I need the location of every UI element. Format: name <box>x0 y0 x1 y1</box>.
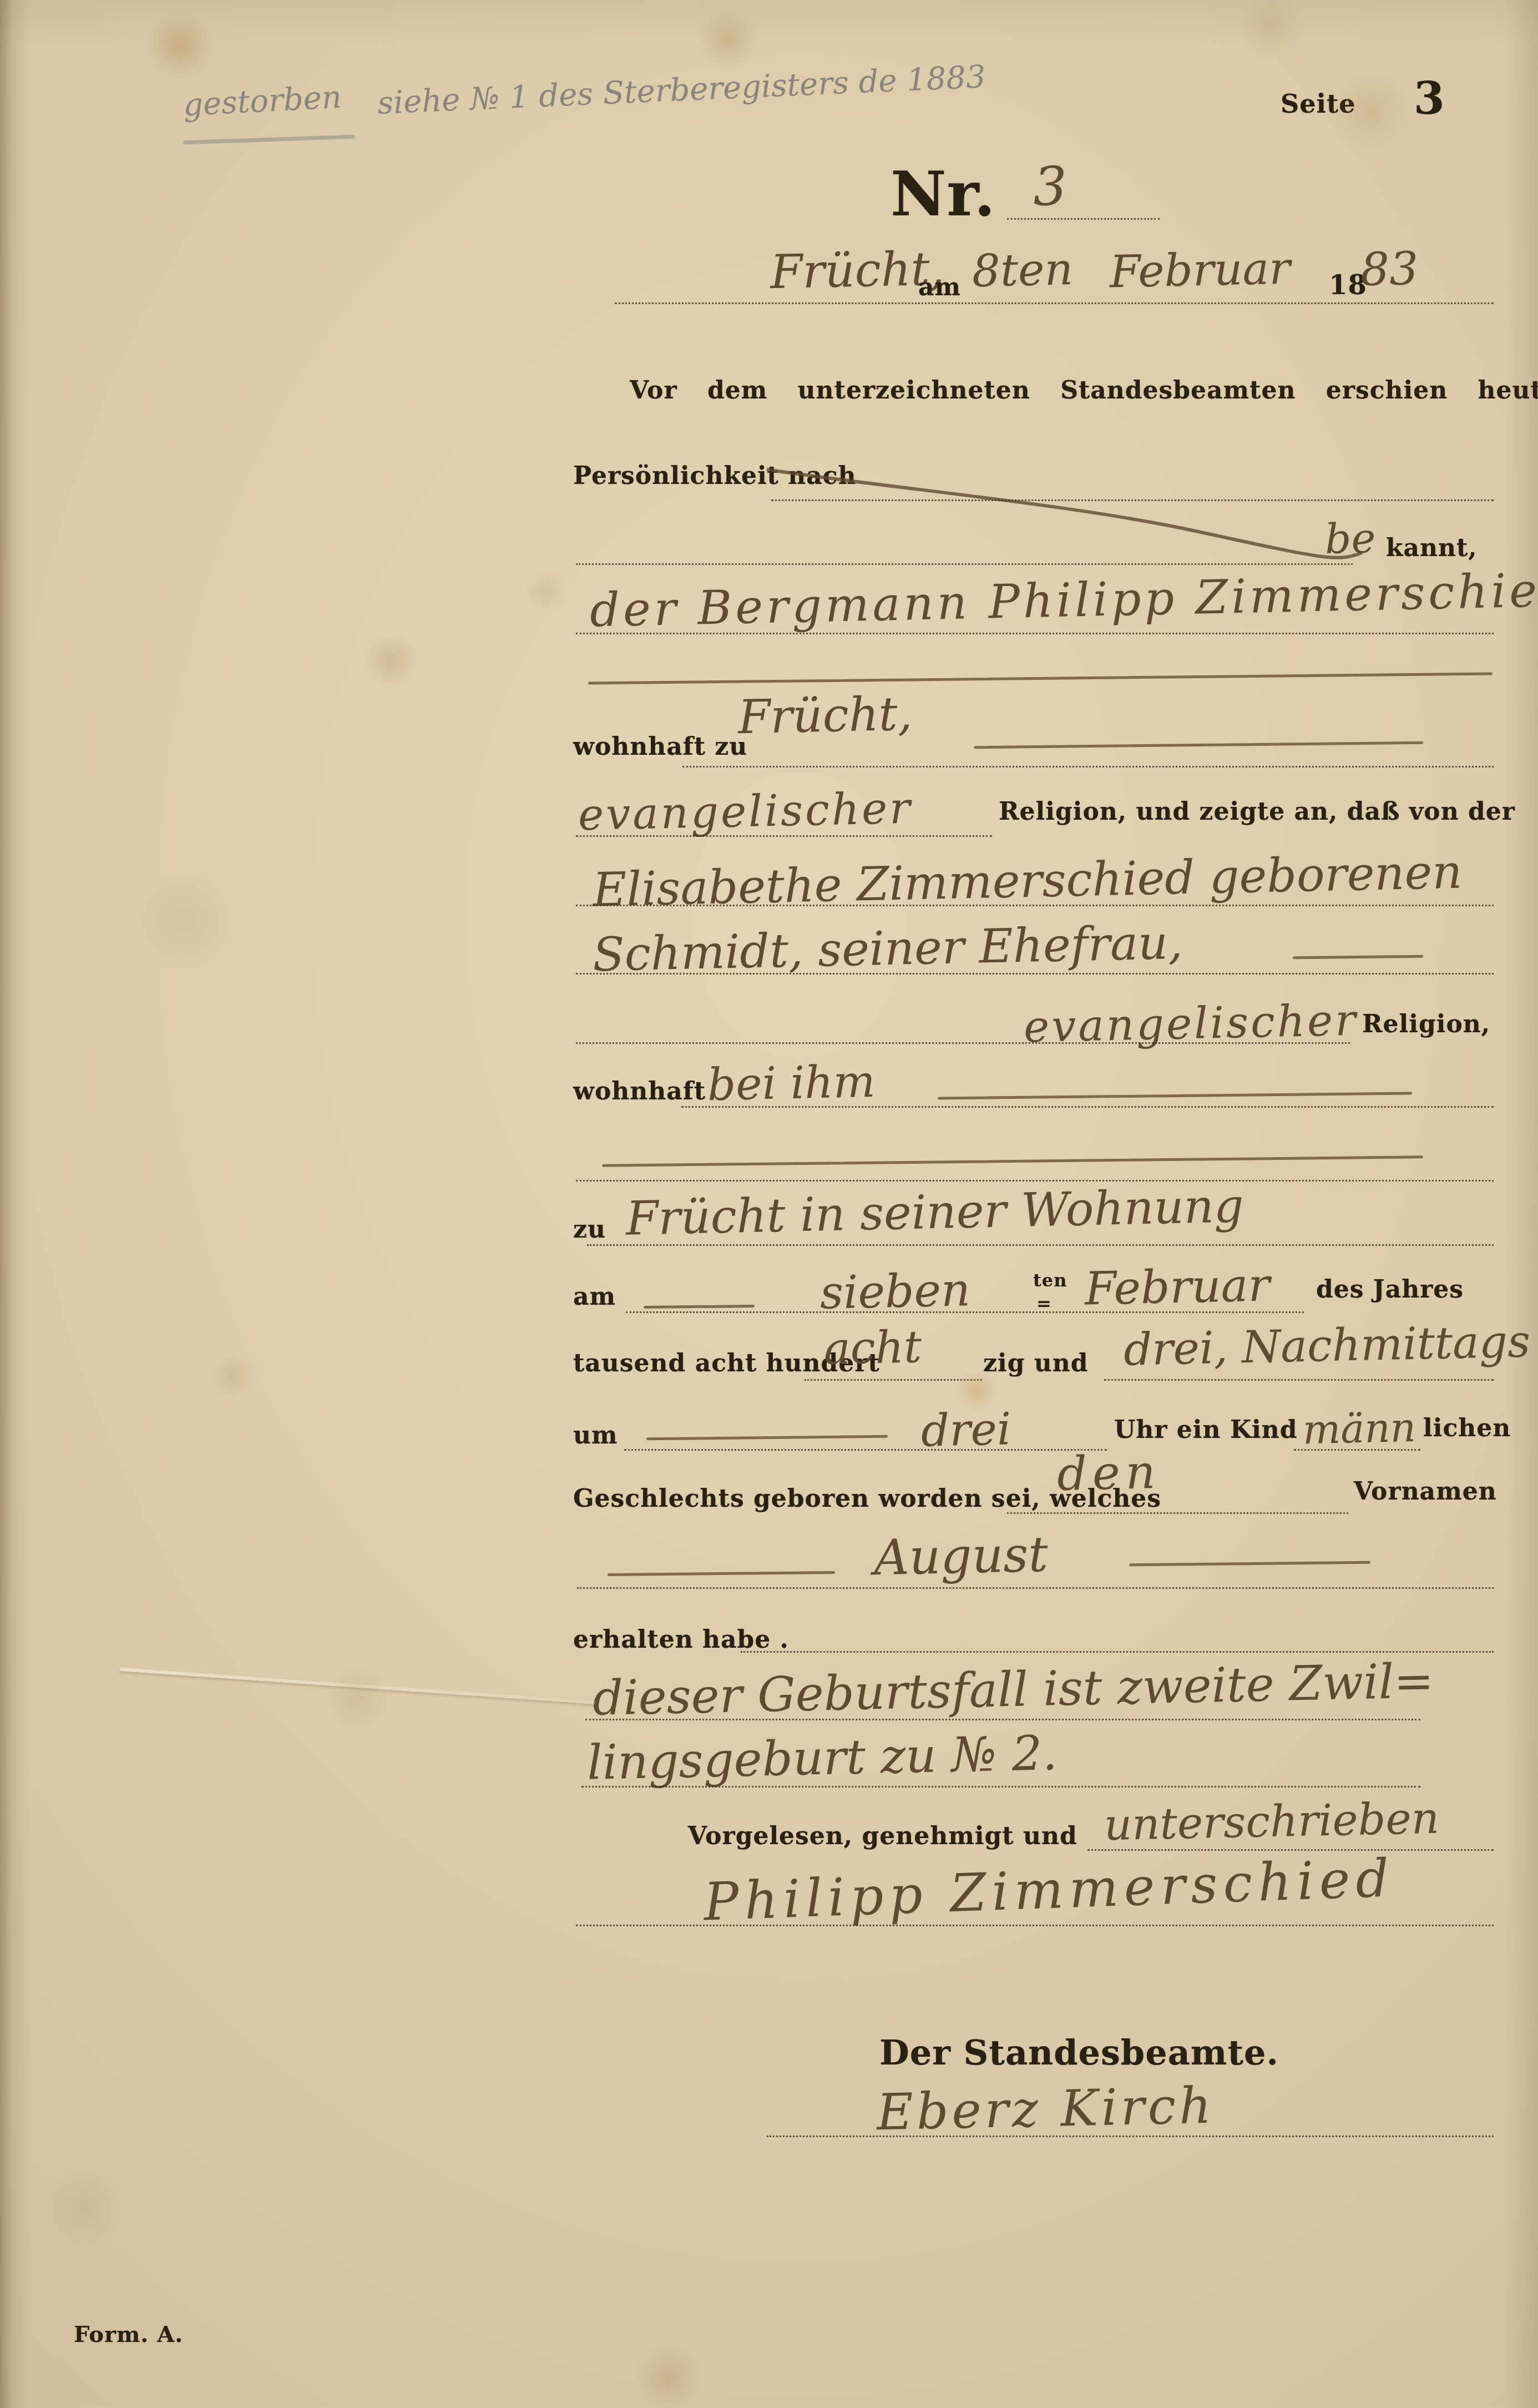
hand-be: be <box>1324 514 1376 563</box>
mother-maiden-entry: Schmidt, seiner Ehefrau, <box>592 915 1183 982</box>
year-decade-entry: acht <box>823 1321 922 1375</box>
dotted-rule <box>576 1042 1350 1044</box>
gender-entry: männ <box>1302 1404 1416 1453</box>
dotted-rule <box>626 1311 1304 1313</box>
record-no-label: Nr. <box>891 158 996 230</box>
dotted-rule <box>681 1106 1494 1108</box>
printed-erhalten-habe: erhalten habe . <box>573 1625 789 1654</box>
dotted-rule <box>741 1651 1494 1653</box>
unterschrieben-entry: unterschrieben <box>1104 1794 1440 1851</box>
dotted-rule <box>615 302 1494 304</box>
ink-stroke <box>1293 955 1423 959</box>
ink-stroke <box>608 1571 835 1576</box>
ink-stroke <box>644 1305 755 1309</box>
ink-stroke <box>974 741 1423 749</box>
birth-month-entry: Februar <box>1084 1259 1270 1316</box>
declarant-entry: der Bergmann Philipp Zimmerschied <box>589 562 1538 637</box>
dateline-day: 8ten <box>972 243 1074 297</box>
ink-stroke <box>602 1155 1423 1167</box>
dotted-rule <box>1104 1379 1494 1381</box>
residence-entry: Frücht, <box>737 686 913 745</box>
year-unit-entry: drei, Nachmittags <box>1123 1315 1531 1375</box>
printed-wohnhaft: wohnhaft <box>573 1077 706 1105</box>
official-signature: Eberz Kirch <box>876 2077 1215 2142</box>
dotted-rule <box>576 973 1494 975</box>
printed-vornamen: Vornamen <box>1354 1477 1497 1506</box>
dotted-rule <box>576 1180 1494 1182</box>
dotted-rule <box>1087 1849 1494 1851</box>
ink-stroke <box>588 672 1493 684</box>
given-name-entry: August <box>873 1526 1049 1587</box>
printed-religion2: Religion, <box>1362 1010 1490 1038</box>
dotted-rule <box>576 1925 1494 1926</box>
printed-um: um <box>573 1421 618 1450</box>
printed-uhr-ein-kind: Uhr ein Kind <box>1114 1416 1298 1444</box>
dotted-rule <box>577 1587 1494 1589</box>
pencil-underline <box>183 135 355 145</box>
ink-stroke <box>646 1435 888 1441</box>
dotted-rule <box>585 1719 1420 1720</box>
dotted-rule <box>576 563 1353 565</box>
printed-lichen: lichen <box>1423 1414 1511 1442</box>
dotted-rule <box>587 1244 1494 1246</box>
dotted-rule <box>576 633 1494 634</box>
dotted-rule <box>767 2136 1494 2137</box>
printed-vorgelesen: Vorgelesen, genehmigt und <box>688 1822 1077 1850</box>
printed-zu: zu <box>573 1215 606 1244</box>
article-entry: den <box>1056 1445 1162 1501</box>
dotted-rule <box>1007 1512 1348 1514</box>
religion1-entry: evangelischer <box>578 784 913 841</box>
twin-note-line1: dieser Geburtsfall ist zweite Zwil= <box>592 1653 1434 1727</box>
twin-note-line2: lingsgeburt zu № 2. <box>586 1725 1058 1791</box>
paper-crease <box>120 1668 596 1704</box>
birthplace-entry: Frücht in seiner Wohnung <box>625 1178 1244 1245</box>
ink-stroke <box>1129 1561 1370 1567</box>
page-label: Seite <box>1281 89 1355 119</box>
dotted-rule <box>682 766 1494 768</box>
intro-text: Vor dem unterzeichneten Standesbeamten e… <box>630 376 1538 405</box>
printed-des-jahres: des Jahres <box>1316 1275 1464 1304</box>
declarant-signature: Philipp Zimmerschied <box>702 1848 1395 1932</box>
page-number: 3 <box>1414 72 1445 124</box>
ink-stroke <box>938 1092 1412 1100</box>
registry-page: gestorben siehe № 1 des Sterberegisters … <box>0 0 1538 2408</box>
residence-with-entry: bei ihm <box>707 1056 876 1110</box>
printed-wohnhaft-zu: wohnhaft zu <box>573 733 747 761</box>
printed-am: am <box>573 1283 616 1311</box>
dotted-rule <box>1007 218 1160 220</box>
dotted-rule <box>576 905 1494 906</box>
dateline-am: am <box>918 273 961 301</box>
record-no-value: 3 <box>1033 155 1068 218</box>
dotted-rule <box>624 1449 1107 1451</box>
pencil-note-rest: siehe № 1 des Sterberegisters de 1883 <box>377 59 986 122</box>
printed-zig-und: zig und <box>983 1349 1089 1377</box>
printed-kannt: kannt, <box>1386 534 1478 562</box>
dateline-month: Februar <box>1109 243 1291 298</box>
printed-religion1: Religion, und zeigte an, daß von der <box>999 797 1515 826</box>
dotted-rule <box>581 1786 1420 1788</box>
dotted-rule <box>771 499 1494 501</box>
ink-flourish <box>760 460 1376 571</box>
printed-ten-suffix: ten <box>1033 1270 1067 1291</box>
dotted-rule <box>576 835 992 837</box>
official-title: Der Standesbeamte. <box>879 2032 1279 2073</box>
pencil-note-word: gestorben <box>182 79 342 124</box>
dateline-year: 83 <box>1360 243 1419 296</box>
dotted-rule <box>805 1379 982 1381</box>
dotted-rule <box>1294 1449 1420 1451</box>
form-label: Form. A. <box>74 2321 183 2348</box>
